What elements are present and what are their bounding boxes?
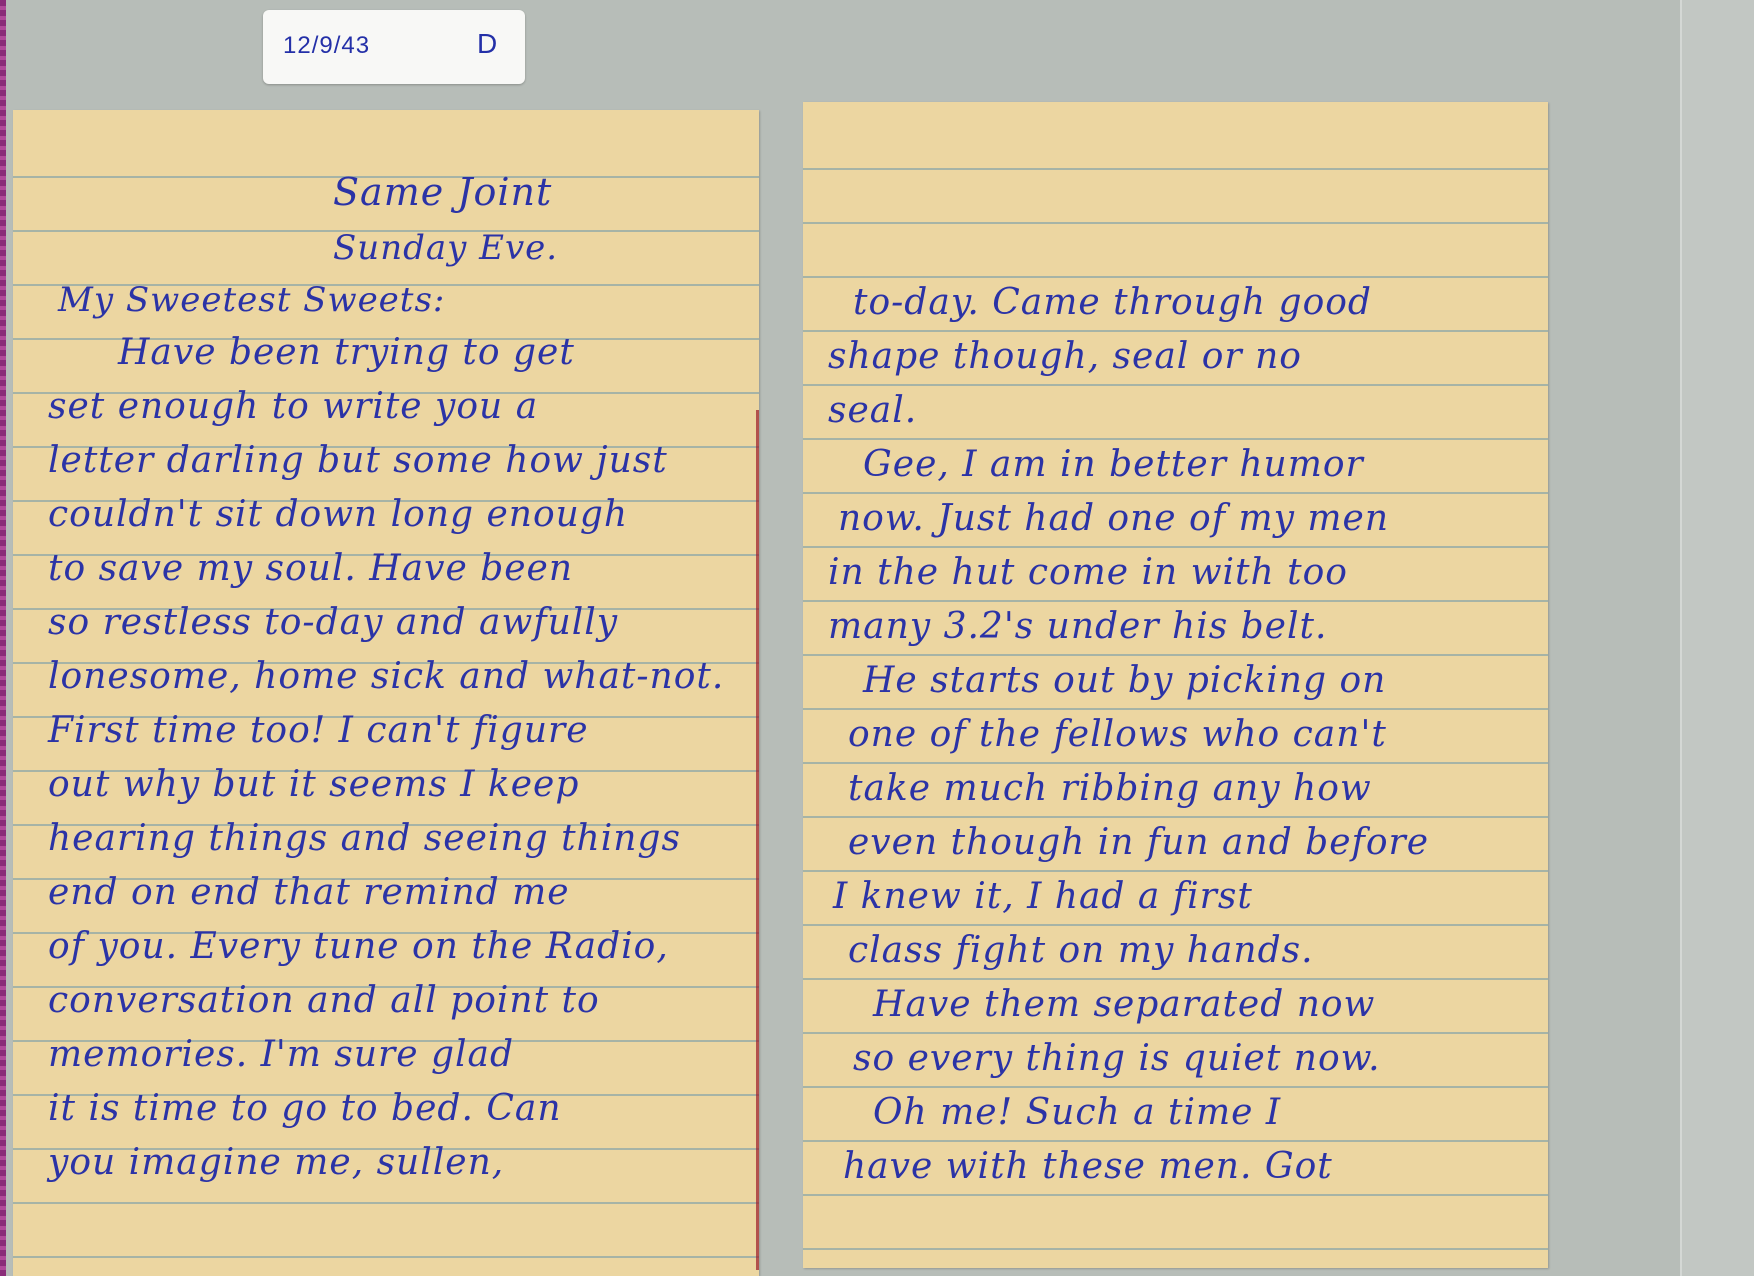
label-date: 12/9/43 xyxy=(283,32,370,60)
letter-line: letter darling but some how just xyxy=(48,440,668,481)
letter-line: so restless to-day and awfully xyxy=(48,602,618,643)
letter-line: First time too! I can't figure xyxy=(48,710,589,751)
letter-line: of you. Every tune on the Radio, xyxy=(48,926,669,967)
letter-page-right: to-day. Came through good shape though, … xyxy=(803,102,1548,1268)
letter-line: it is time to go to bed. Can xyxy=(48,1088,562,1129)
letter-line: so every thing is quiet now. xyxy=(853,1038,1381,1079)
letter-line: I knew it, I had a first xyxy=(833,876,1253,917)
letter-line: couldn't sit down long enough xyxy=(48,494,628,535)
letter-line: in the hut come in with too xyxy=(828,552,1348,593)
letter-line: Gee, I am in better humor xyxy=(863,444,1364,485)
scanner-sleeve-margin xyxy=(1680,0,1754,1276)
letter-page-left: Same Joint Sunday Eve. My Sweetest Sweet… xyxy=(13,110,759,1276)
letter-line: Oh me! Such a time I xyxy=(873,1092,1281,1133)
letter-line: Have them separated now xyxy=(873,984,1375,1025)
letter-line: out why but it seems I keep xyxy=(48,764,579,805)
letter-line: one of the fellows who can't xyxy=(848,714,1387,755)
letter-line: have with these men. Got xyxy=(843,1146,1333,1187)
letter-line: memories. I'm sure glad xyxy=(48,1034,514,1075)
letter-line: shape though, seal or no xyxy=(828,336,1302,377)
letter-line: set enough to write you a xyxy=(48,386,538,427)
archive-label-card: 12/9/43 D xyxy=(263,10,525,84)
letter-line: seal. xyxy=(828,390,917,431)
letter-line: take much ribbing any how xyxy=(848,768,1372,809)
letter-line: He starts out by picking on xyxy=(863,660,1386,701)
letter-line: to save my soul. Have been xyxy=(48,548,573,589)
letter-line: conversation and all point to xyxy=(48,980,600,1021)
letter-salutation: My Sweetest Sweets: xyxy=(58,280,445,320)
letter-line: even though in fun and before xyxy=(848,822,1429,863)
letter-line: Have been trying to get xyxy=(118,332,575,373)
label-mark: D xyxy=(477,28,497,60)
letter-line: class fight on my hands. xyxy=(848,930,1314,971)
letter-line: you imagine me, sullen, xyxy=(48,1142,504,1183)
sleeve-binding-edge xyxy=(0,0,6,1276)
letter-line: hearing things and seeing things xyxy=(48,818,681,859)
letter-line: to-day. Came through good xyxy=(853,282,1372,323)
letter-line: end on end that remind me xyxy=(48,872,570,913)
letter-line: many 3.2's under his belt. xyxy=(828,606,1327,647)
letter-heading-day: Sunday Eve. xyxy=(333,228,558,268)
letter-line: now. Just had one of my men xyxy=(838,498,1389,539)
letter-line: lonesome, home sick and what-not. xyxy=(48,656,724,697)
letter-heading-place: Same Joint xyxy=(333,170,552,214)
